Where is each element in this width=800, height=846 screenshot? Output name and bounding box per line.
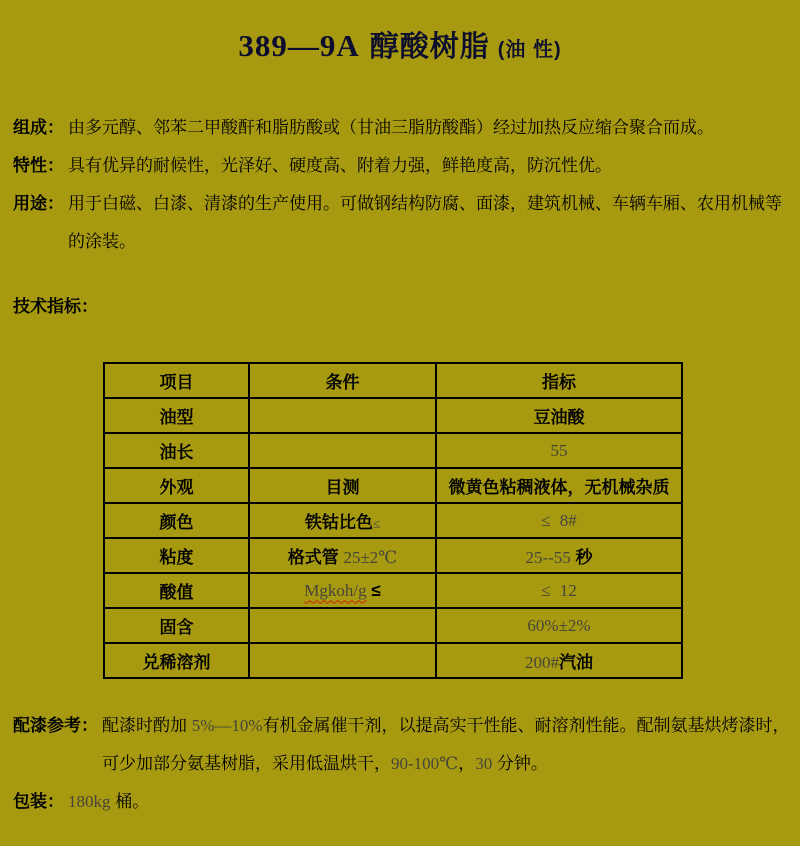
cell-value-oil-length: 55 bbox=[436, 433, 682, 468]
properties-text: 具有优异的耐候性，光泽好、硬度高、附着力强，鲜艳度高，防沉性优。 bbox=[68, 147, 791, 185]
intro-section: 组成： 由多元醇、邻苯二甲酸酐和脂肪酸或（甘油三脂肪酸酯）经过加热反应缩合聚合而… bbox=[13, 109, 791, 261]
spellcheck-squiggle-text: Mgkoh/g bbox=[304, 581, 366, 600]
table-header-row: 项目 条件 指标 bbox=[104, 363, 682, 398]
cell-item-viscosity: 粘度 bbox=[104, 538, 249, 573]
table-row: 外观 目测 微黄色粘稠液体，无机械杂质 bbox=[104, 468, 682, 503]
table-row: 兑稀溶剂 200#汽油 bbox=[104, 643, 682, 678]
paint-mixing-label: 配漆参考： bbox=[13, 707, 98, 783]
product-code: 389—9A bbox=[238, 28, 359, 63]
cell-value-oil-type: 豆油酸 bbox=[436, 398, 682, 433]
cell-item-oil-length: 油长 bbox=[104, 433, 249, 468]
cell-cond-acid-value: Mgkoh/g ≤ bbox=[249, 573, 436, 608]
cell-item-appearance: 外观 bbox=[104, 468, 249, 503]
table-row: 油长 55 bbox=[104, 433, 682, 468]
paint-mixing-text: 配漆时酌加 5%—10%有机金属催干剂，以提高实干性能、耐溶剂性能。配制氨基烘烤… bbox=[102, 707, 791, 783]
packing-label: 包装： bbox=[13, 783, 64, 821]
properties-paragraph: 特性： 具有优异的耐候性，光泽好、硬度高、附着力强，鲜艳度高，防沉性优。 bbox=[13, 147, 791, 185]
cell-item-solid-content: 固含 bbox=[104, 608, 249, 643]
table-row: 油型 豆油酸 bbox=[104, 398, 682, 433]
footer-section: 配漆参考： 配漆时酌加 5%—10%有机金属催干剂，以提高实干性能、耐溶剂性能。… bbox=[13, 707, 791, 821]
cell-cond-oil-type bbox=[249, 398, 436, 433]
cell-item-acid-value: 酸值 bbox=[104, 573, 249, 608]
product-name: 醇酸树脂 bbox=[370, 31, 490, 63]
cell-item-oil-type: 油型 bbox=[104, 398, 249, 433]
page-title: 389—9A醇酸树脂(油 性) bbox=[0, 24, 800, 65]
cell-item-color: 颜色 bbox=[104, 503, 249, 538]
composition-text: 由多元醇、邻苯二甲酸酐和脂肪酸或（甘油三脂肪酸酯）经过加热反应缩合聚合而成。 bbox=[68, 109, 791, 147]
cell-value-color: ≤ 8# bbox=[436, 503, 682, 538]
cell-value-acid-value: ≤ 12 bbox=[436, 573, 682, 608]
usage-text: 用于白磁、白漆、清漆的生产使用。可做钢结构防腐、面漆，建筑机械、车辆车厢、农用机… bbox=[68, 185, 791, 261]
table-row: 粘度 格式管 25±2℃ 25--55 秒 bbox=[104, 538, 682, 573]
table-row: 酸值 Mgkoh/g ≤ ≤ 12 bbox=[104, 573, 682, 608]
usage-label: 用途： bbox=[13, 185, 64, 261]
cell-cond-appearance: 目测 bbox=[249, 468, 436, 503]
title-oil-type-suffix: (油 性) bbox=[498, 39, 562, 61]
composition-paragraph: 组成： 由多元醇、邻苯二甲酸酐和脂肪酸或（甘油三脂肪酸酯）经过加热反应缩合聚合而… bbox=[13, 109, 791, 147]
cell-cond-viscosity: 格式管 25±2℃ bbox=[249, 538, 436, 573]
header-index: 指标 bbox=[436, 363, 682, 398]
cell-value-solid-content: 60%±2% bbox=[436, 608, 682, 643]
spec-table: 项目 条件 指标 油型 豆油酸 油长 55 外观 目测 微黄色粘稠液体，无机械杂… bbox=[103, 362, 683, 679]
cell-cond-solid-content bbox=[249, 608, 436, 643]
header-item: 项目 bbox=[104, 363, 249, 398]
cell-value-viscosity: 25--55 秒 bbox=[436, 538, 682, 573]
cell-value-thinner: 200#汽油 bbox=[436, 643, 682, 678]
usage-paragraph: 用途： 用于白磁、白漆、清漆的生产使用。可做钢结构防腐、面漆，建筑机械、车辆车厢… bbox=[13, 185, 791, 261]
table-row: 颜色 铁钴比色≤ ≤ 8# bbox=[104, 503, 682, 538]
cell-cond-color: 铁钴比色≤ bbox=[249, 503, 436, 538]
properties-label: 特性： bbox=[13, 147, 64, 185]
table-row: 固含 60%±2% bbox=[104, 608, 682, 643]
composition-label: 组成： bbox=[13, 109, 64, 147]
packing-paragraph: 包装： 180kg 桶。 bbox=[13, 783, 791, 821]
cell-cond-oil-length bbox=[249, 433, 436, 468]
cell-cond-thinner bbox=[249, 643, 436, 678]
packing-text: 180kg 桶。 bbox=[68, 783, 791, 821]
header-condition: 条件 bbox=[249, 363, 436, 398]
cell-value-appearance: 微黄色粘稠液体，无机械杂质 bbox=[436, 468, 682, 503]
tech-indicators-heading: 技术指标： bbox=[13, 292, 98, 317]
paint-mixing-reference-paragraph: 配漆参考： 配漆时酌加 5%—10%有机金属催干剂，以提高实干性能、耐溶剂性能。… bbox=[13, 707, 791, 783]
cell-item-thinner: 兑稀溶剂 bbox=[104, 643, 249, 678]
